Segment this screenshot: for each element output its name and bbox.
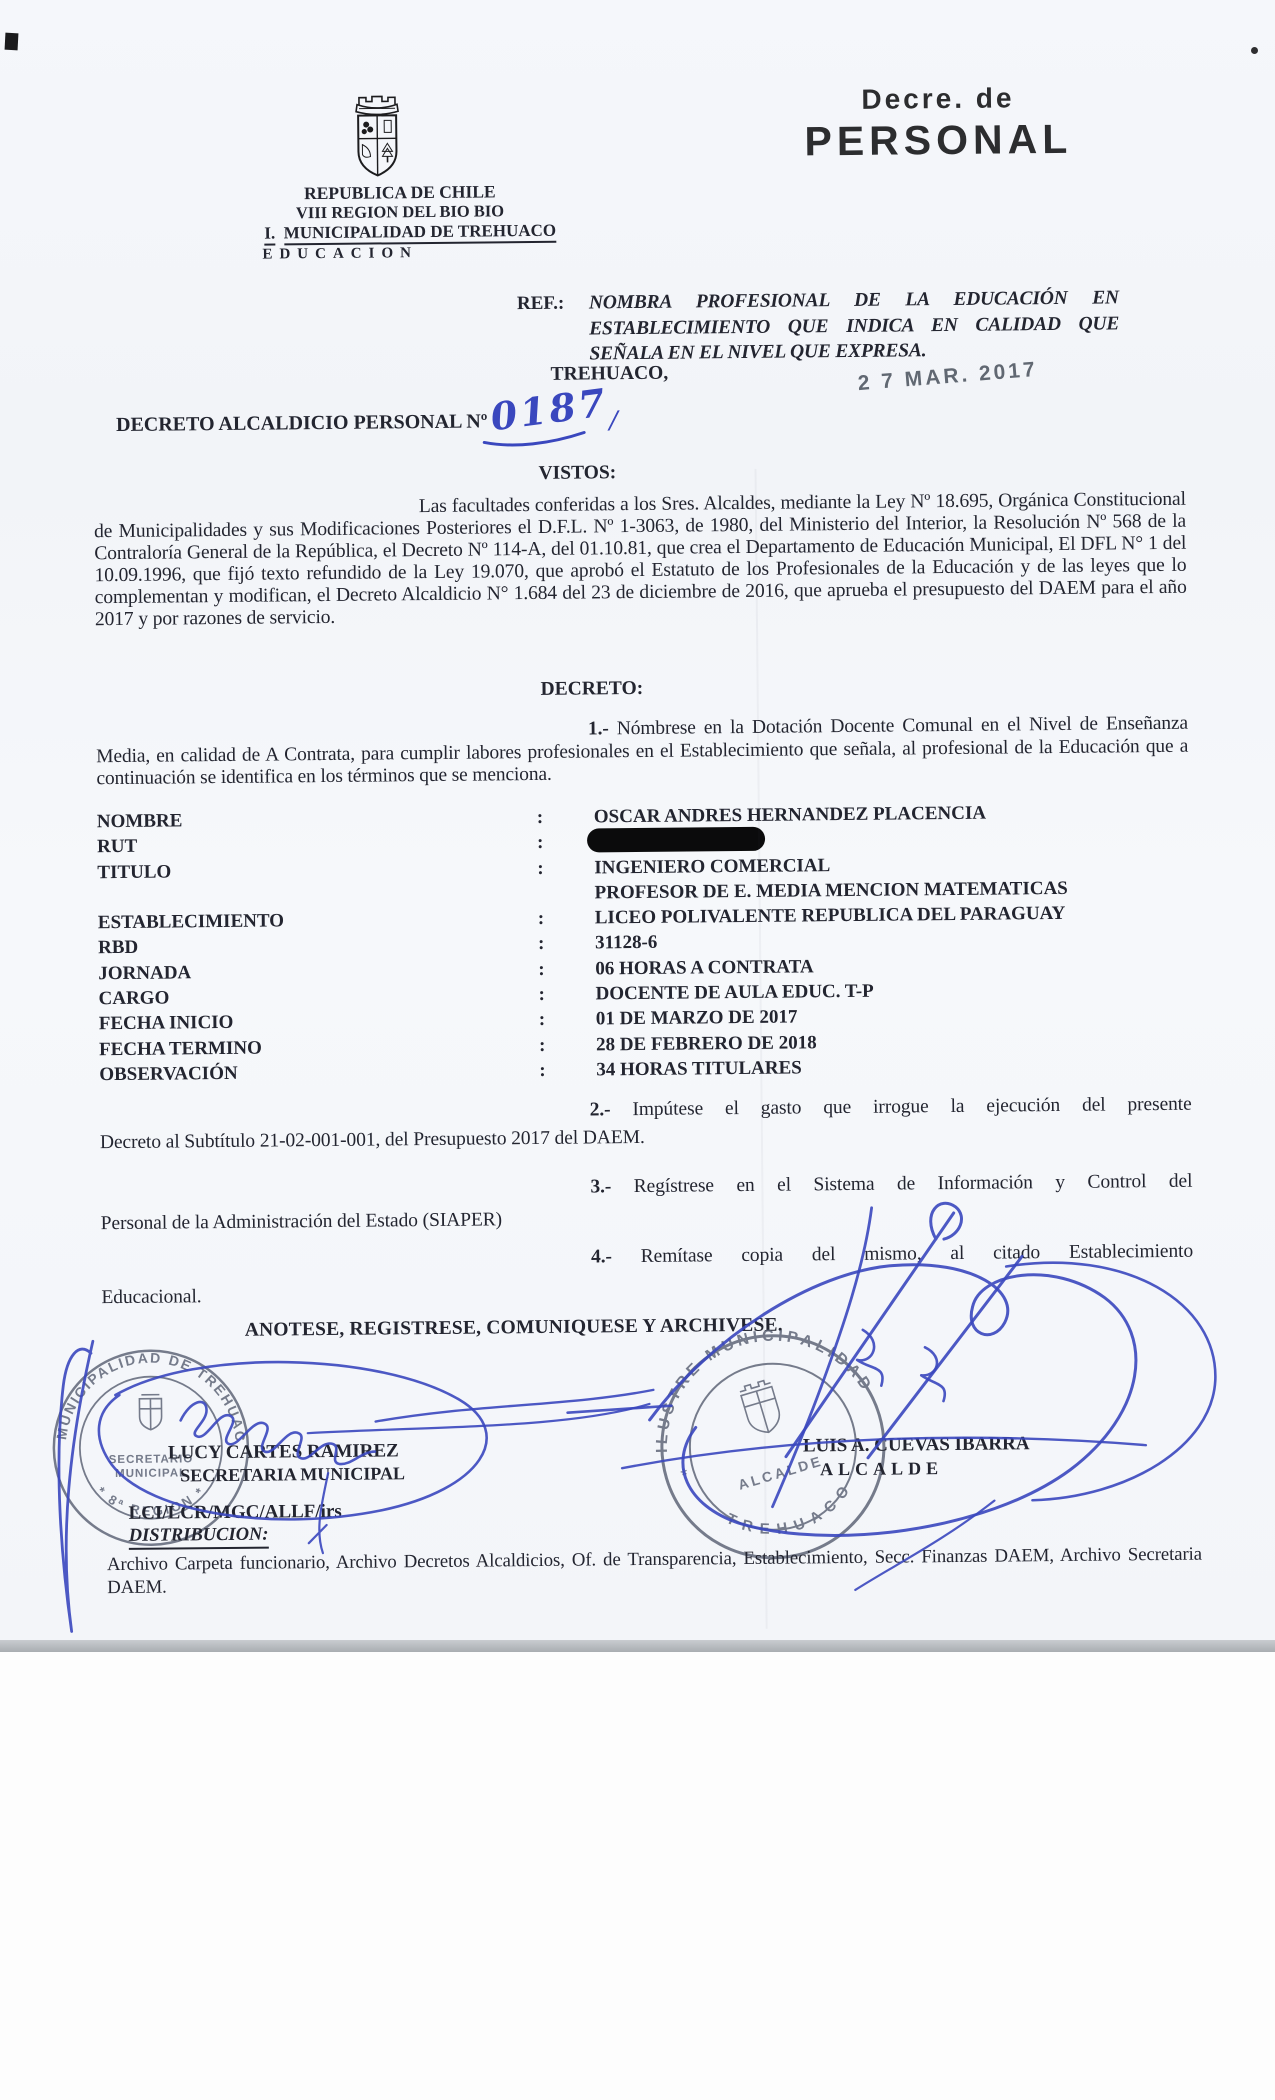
field-label: FECHA INICIO [99,1012,234,1035]
field-colon: : [538,908,545,930]
field-value: 31128-6 [595,932,657,955]
decreto-item-3-rest: Personal de la Administración del Estado… [101,1209,502,1235]
field-label: RUT [97,836,137,858]
field-colon: : [539,1009,546,1031]
item-4-number: 4.- [591,1246,612,1267]
header-department: EDUCACION [262,244,562,264]
field-label: NOMBRE [97,810,183,833]
scan-artifact-top-left [5,33,19,51]
stamp-line-1: Decre. de [773,82,1103,117]
item-1-text: Nómbrese en la Dotación Docente Comunal … [96,713,1188,789]
field-colon: : [537,832,544,854]
ref-text: NOMBRA PROFESIONAL DE LA EDUCACIÓN EN ES… [589,285,1120,367]
appointment-fields: NOMBRE:OSCAR ANDRES HERNANDEZ PLACENCIA … [97,801,1192,1090]
field-value: INGENIERO COMERCIAL [594,855,830,879]
field-value: OSCAR ANDRES HERNANDEZ PLACENCIA [594,803,986,829]
field-label: FECHA TERMINO [99,1037,262,1061]
decreto-item-1: 1.- Nómbrese en la Dotación Docente Comu… [96,713,1189,791]
decreto-item-3-first: 3.- Regístrese en el Sistema de Informac… [100,1171,1192,1203]
decreto-item-2-first: 2.- Impútese el gasto que irrogue la eje… [100,1094,1192,1126]
handwritten-underline [480,428,590,449]
decree-number-label: DECRETO ALCALDICIO PERSONAL Nº [116,410,488,436]
field-label: OBSERVACIÓN [99,1063,238,1086]
field-colon: : [537,807,544,829]
field-label: CARGO [98,988,169,1011]
field-colon: : [538,959,545,981]
mayor-name: LUIS A. CUEVAS IBARRA [803,1433,1030,1457]
scan-edge-shadow [0,1640,1275,1652]
field-value: 01 DE MARZO DE 2017 [596,1007,798,1031]
field-value: 34 HORAS TITULARES [596,1057,802,1081]
municipality-prefix: I. [264,223,275,245]
rut-redaction-bar [587,827,765,853]
decreto-item-2-rest: Decreto al Subtítulo 21-02-001-001, del … [100,1127,645,1154]
field-label: JORNADA [98,962,191,985]
seal-center-2: MUNICIPAL [115,1467,187,1480]
header-municipality: I. MUNICIPALIDAD DE TREHUACO [240,221,580,244]
document-content: REPUBLICA DE CHILE VIII REGION DEL BIO B… [0,0,1275,1648]
item-1-number: 1.- [588,718,609,739]
header-region: VIII REGION DEL BIO BIO [264,201,536,224]
field-colon: : [537,858,544,880]
item-3-number: 3.- [590,1176,611,1197]
item-4-text: Remítase copia del mismo, al citado Esta… [641,1241,1194,1267]
stamp-line-2: PERSONAL [773,116,1103,166]
decree-number-slash: / [609,404,618,438]
field-label: RBD [98,937,138,959]
field-value: 28 DE FEBRERO DE 2018 [596,1032,817,1056]
city-line: TREHUACO, [550,363,668,386]
personnel-decree-stamp: Decre. de PERSONAL [773,82,1104,166]
decreto-item-4-rest: Educacional. [101,1286,201,1309]
field-colon: : [538,933,545,955]
closing-formula: ANOTESE, REGISTRESE, COMUNIQUESE Y ARCHI… [245,1315,783,1342]
ref-label: REF.: [517,293,565,315]
decreto-heading: DECRETO: [541,678,644,701]
vistos-paragraph: Las facultades conferidas a los Sres. Al… [94,489,1187,631]
coat-of-arms-icon [347,88,408,185]
item-2-text: Impútese el gasto que irrogue la ejecuci… [632,1094,1191,1120]
scanned-decree-page: REPUBLICA DE CHILE VIII REGION DEL BIO B… [0,0,1275,2100]
handwritten-decree-number: 0187 [490,392,609,427]
document-initials: LCI/LCR/MGC/ALLF/irs [128,1501,341,1525]
municipality-name: MUNICIPALIDAD DE TREHUACO [284,221,557,246]
vistos-heading: VISTOS: [538,462,616,485]
distribution-list: Archivo Carpeta funcionario, Archivo Dec… [107,1543,1202,1600]
mayor-title: ALCALDE [820,1458,943,1480]
decreto-item-4-first: 4.- Remítase copia del mismo, al citado … [101,1241,1193,1273]
field-value: LICEO POLIVALENTE REPUBLICA DEL PARAGUAY [595,903,1066,930]
field-colon: : [538,984,545,1006]
field-value: 06 HORAS A CONTRATA [595,956,814,980]
item-2-number: 2.- [590,1099,611,1120]
secretary-title: SECRETARIA MUNICIPAL [180,1463,405,1486]
field-value: PROFESOR DE E. MEDIA MENCION MATEMATICAS [594,878,1067,905]
field-colon: : [539,1035,546,1057]
item-3-text: Regístrese en el Sistema de Información … [634,1171,1193,1197]
distribution-label: DISTRIBUCION: [129,1525,269,1550]
field-colon: : [539,1060,546,1082]
scan-artifact-top-right [1251,47,1258,54]
secretary-name: LUCY CARTES RAMIREZ [168,1440,399,1464]
seal-center: ALCALDE [736,1452,825,1492]
field-label: ESTABLECIMIENTO [98,911,284,935]
field-label: TITULO [97,861,171,884]
field-value: DOCENTE DE AULA EDUC. T-P [595,981,873,1006]
seal-star: * [679,1464,691,1485]
